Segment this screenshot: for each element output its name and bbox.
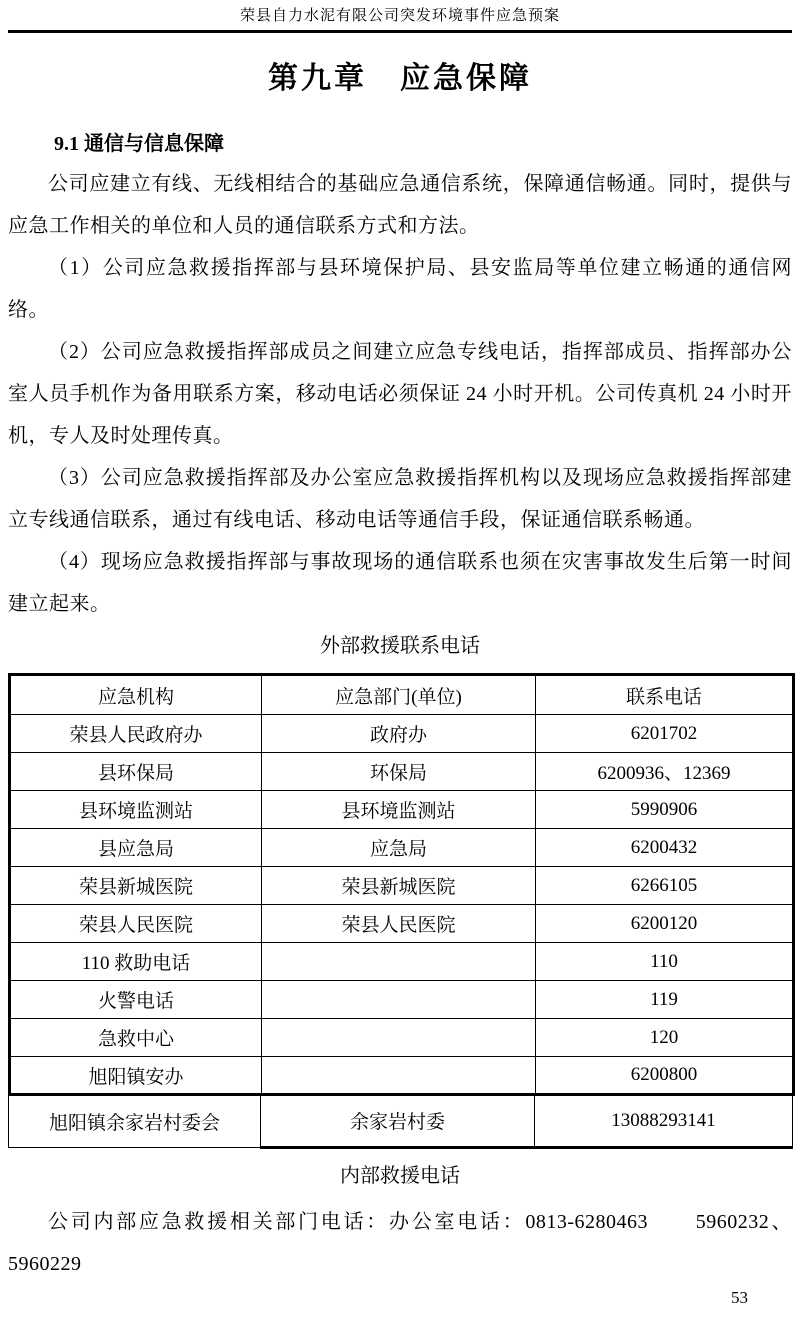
table-row: 荣县人民政府办 政府办 6201702: [10, 715, 794, 753]
chapter-title: 第九章 应急保障: [8, 57, 792, 101]
table-cell: 县环境监测站: [262, 791, 536, 829]
paragraph-2: （1）公司应急救援指挥部与县环境保护局、县安监局等单位建立畅通的通信网络。: [8, 247, 792, 331]
table-row: 火警电话 119: [10, 981, 794, 1019]
table-row: 急救中心 120: [10, 1019, 794, 1057]
table-cell: 荣县人民医院: [262, 905, 536, 943]
table-row: 县应急局 应急局 6200432: [10, 829, 794, 867]
table-cell: 环保局: [262, 753, 536, 791]
table-cell: 6200120: [536, 905, 794, 943]
table-cell: 5990906: [536, 791, 794, 829]
table-cell: 13088293141: [535, 1096, 793, 1147]
document-page: 荣县自力水泥有限公司突发环境事件应急预案 第九章 应急保障 9.1 通信与信息保…: [0, 0, 800, 1336]
column-header-phone: 联系电话: [536, 675, 794, 715]
external-phone-table-appended-row: 旭阳镇余家岩村委会 余家岩村委 13088293141: [8, 1096, 793, 1149]
table-cell: [262, 1057, 536, 1095]
table-cell: 荣县人民政府办: [10, 715, 262, 753]
table-cell: [262, 981, 536, 1019]
page-header: 荣县自力水泥有限公司突发环境事件应急预案: [8, 0, 792, 33]
table-cell: 余家岩村委: [261, 1096, 535, 1147]
column-header-agency: 应急机构: [10, 675, 262, 715]
table-cell: 荣县人民医院: [10, 905, 262, 943]
table-cell: 120: [536, 1019, 794, 1057]
table-cell: 6200936、12369: [536, 753, 794, 791]
table-cell: 6266105: [536, 867, 794, 905]
table-cell: 6201702: [536, 715, 794, 753]
table-cell: 火警电话: [10, 981, 262, 1019]
table-cell: 县环保局: [10, 753, 262, 791]
table-cell: 110 救助电话: [10, 943, 262, 981]
paragraph-4: （3）公司应急救援指挥部及办公室应急救援指挥机构以及现场应急救援指挥部建立专线通…: [8, 457, 792, 541]
page-header-title: 荣县自力水泥有限公司突发环境事件应急预案: [240, 8, 560, 24]
table-row: 荣县人民医院 荣县人民医院 6200120: [10, 905, 794, 943]
paragraph-1: 公司应建立有线、无线相结合的基础应急通信系统，保障通信畅通。同时，提供与应急工作…: [8, 163, 792, 247]
table-cell: 旭阳镇余家岩村委会: [9, 1096, 261, 1147]
table-row: 县环保局 环保局 6200936、12369: [10, 753, 794, 791]
external-table-caption: 外部救援联系电话: [8, 631, 792, 661]
column-header-department: 应急部门(单位): [262, 675, 536, 715]
table-cell: 急救中心: [10, 1019, 262, 1057]
table-row: 旭阳镇安办 6200800: [10, 1057, 794, 1095]
table-cell: 县环境监测站: [10, 791, 262, 829]
body-text: 公司应建立有线、无线相结合的基础应急通信系统，保障通信畅通。同时，提供与应急工作…: [8, 163, 792, 625]
table-row: 县环境监测站 县环境监测站 5990906: [10, 791, 794, 829]
paragraph-3: （2）公司应急救援指挥部成员之间建立应急专线电话，指挥部成员、指挥部办公室人员手…: [8, 331, 792, 457]
table-cell: [262, 943, 536, 981]
external-phone-table: 应急机构 应急部门(单位) 联系电话 荣县人民政府办 政府办 6201702 县…: [8, 673, 795, 1096]
paragraph-5: （4）现场应急救援指挥部与事故现场的通信联系也须在灾害事故发生后第一时间建立起来…: [8, 541, 792, 625]
table-cell: 6200800: [536, 1057, 794, 1095]
internal-table-caption: 内部救援电话: [8, 1161, 792, 1191]
table-cell: 应急局: [262, 829, 536, 867]
table-row: 荣县新城医院 荣县新城医院 6266105: [10, 867, 794, 905]
table-cell: 政府办: [262, 715, 536, 753]
internal-text: 公司内部应急救援相关部门电话：办公室电话：0813-6280463 596023…: [8, 1201, 792, 1285]
table-cell: [262, 1019, 536, 1057]
table-cell: 荣县新城医院: [262, 867, 536, 905]
section-heading: 9.1 通信与信息保障: [8, 129, 792, 159]
table-cell: 110: [536, 943, 794, 981]
table-cell: 6200432: [536, 829, 794, 867]
table-cell: 荣县新城医院: [10, 867, 262, 905]
page-number: 53: [731, 1288, 748, 1308]
table-cell: 119: [536, 981, 794, 1019]
table-row: 110 救助电话 110: [10, 943, 794, 981]
table-row: 旭阳镇余家岩村委会 余家岩村委 13088293141: [9, 1096, 793, 1147]
table-header-row: 应急机构 应急部门(单位) 联系电话: [10, 675, 794, 715]
table-cell: 旭阳镇安办: [10, 1057, 262, 1095]
internal-phone-paragraph: 公司内部应急救援相关部门电话：办公室电话：0813-6280463 596023…: [8, 1201, 792, 1285]
table-cell: 县应急局: [10, 829, 262, 867]
